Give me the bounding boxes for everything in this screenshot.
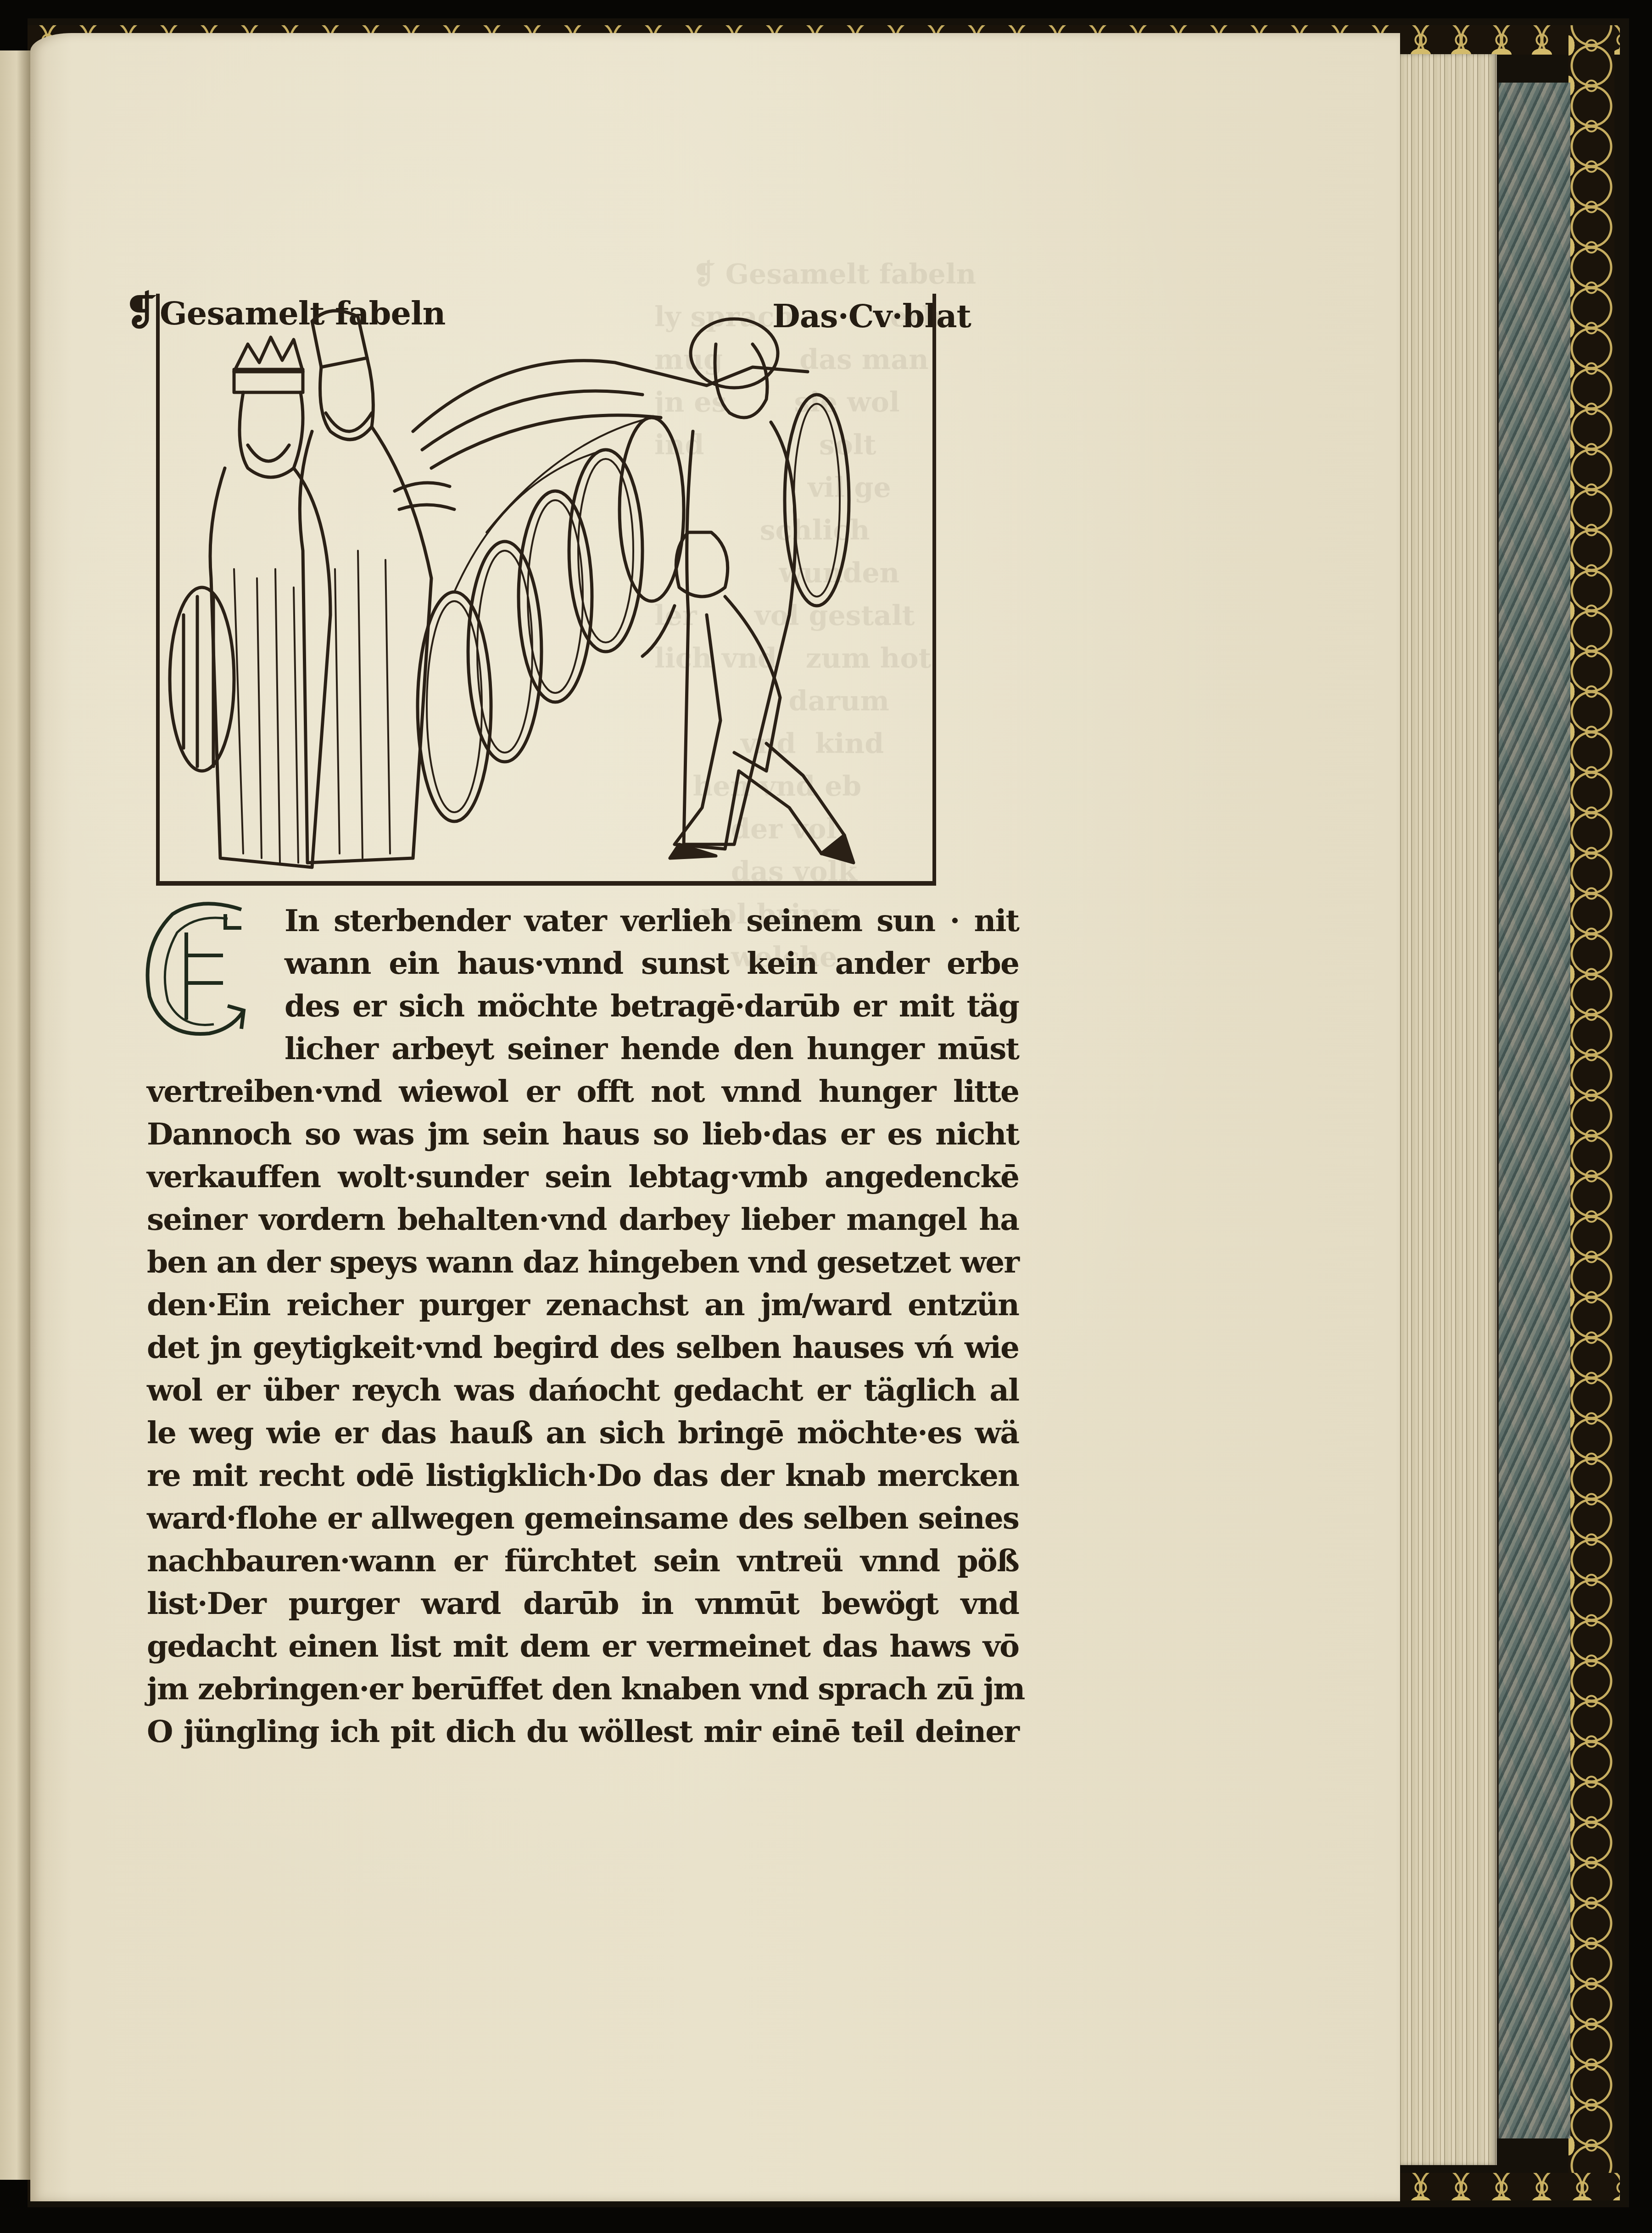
text-line: den·Ein reicher purger zenachst an jm/wa… xyxy=(147,1284,1019,1326)
marbled-endpaper xyxy=(1497,83,1570,2138)
book-page: ❡ Gesamelt fabeln ly sprach erb mug das … xyxy=(30,33,1400,2201)
text-line: le weg wie er das hauß an sich bringē mö… xyxy=(147,1412,1019,1454)
text-line: des er sich möchte betragē·darūb er mit … xyxy=(147,985,1019,1027)
text-line: jm zebringen·er berūffet den knaben vnd … xyxy=(147,1668,1019,1710)
facing-page-left xyxy=(0,50,30,2180)
text-line: verkauffen wolt·sunder sein lebtag·vmb a… xyxy=(147,1156,1019,1198)
text-line: wann ein haus·vnnd sunst kein ander erbe xyxy=(147,942,1019,985)
text-line: list·Der purger ward darūb in vnmūt bewö… xyxy=(147,1582,1019,1625)
text-line: nachbauren·wann er fürchtet sein vntreü … xyxy=(147,1540,1019,1582)
text-line: det jn geytigkeit·vnd begird des selben … xyxy=(147,1326,1019,1369)
text-line: In sterbender vater verlieh seinem sun ·… xyxy=(147,899,1019,942)
text-line: vertreiben·vnd wiewol er offt not vnnd h… xyxy=(147,1070,1019,1113)
text-line: O jüngling ich pit dich du wöllest mir e… xyxy=(147,1710,1019,1753)
text-line: licher arbeyt seiner hende den hunger mū… xyxy=(147,1027,1019,1070)
text-line: re mit recht odē listigklich·Do das der … xyxy=(147,1454,1019,1497)
gilt-tooled-border-right xyxy=(1568,25,1614,2200)
text-line: gedacht einen list mit dem er vermeinet … xyxy=(147,1625,1019,1668)
page-edge-stack xyxy=(1393,54,1497,2165)
text-line: ward·flohe er allwegen gemeinsame des se… xyxy=(147,1497,1019,1540)
body-text: In sterbender vater verlieh seinem sun ·… xyxy=(147,899,1019,1753)
text-line: ben an der speys wann daz hingeben vnd g… xyxy=(147,1241,1019,1284)
text-line: seiner vordern behalten·vnd darbey liebe… xyxy=(147,1198,1019,1241)
text-line: Dannoch so was jm sein haus so lieb·das … xyxy=(147,1113,1019,1156)
barrels-scene-icon xyxy=(156,294,936,886)
pilcrow-icon: ❡ xyxy=(124,288,157,334)
woodcut-illustration xyxy=(156,294,936,886)
text-line: wol er über reych was dańocht gedacht er… xyxy=(147,1369,1019,1412)
